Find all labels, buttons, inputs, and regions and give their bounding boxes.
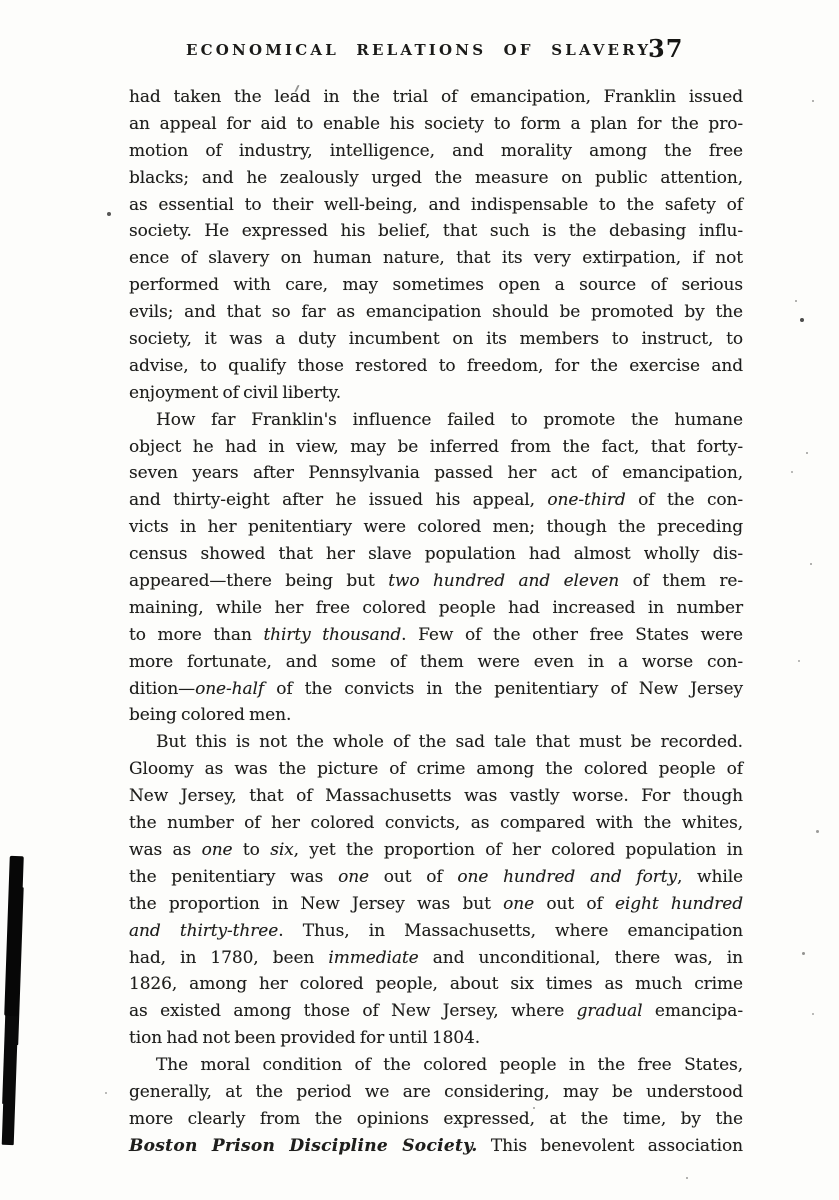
text-line: victs in her penitentiary were colored m… xyxy=(129,514,743,541)
text-line: society. He expressed his belief, that s… xyxy=(129,218,743,245)
text-line: Boston Prison Discipline Society. This b… xyxy=(129,1133,743,1160)
text-segment: the number of her colored convicts, as c… xyxy=(129,813,743,833)
text-segment: blacks; and he zealously urged the measu… xyxy=(129,168,743,188)
text-segment: , while xyxy=(677,867,743,887)
text-segment: object he had in view, may be inferred f… xyxy=(129,437,743,457)
text-segment: one-third xyxy=(547,490,625,510)
text-line: appeared—there being but two hundred and… xyxy=(129,568,743,595)
scan-speckle xyxy=(798,660,800,662)
text-line: advise, to qualify those restored to fre… xyxy=(129,353,743,380)
text-segment: one-half xyxy=(195,679,264,699)
text-line: the number of her colored convicts, as c… xyxy=(129,810,743,837)
text-line: census showed that her slave population … xyxy=(129,541,743,568)
text-line: But this is not the whole of the sad tal… xyxy=(129,729,743,756)
text-segment: motion of industry, intelligence, and mo… xyxy=(129,141,743,161)
running-head-title: ECONOMICAL RELATIONS OF SLAVERY. xyxy=(186,41,658,59)
text-segment: was as xyxy=(129,840,202,860)
text-line: the proportion in New Jersey was but one… xyxy=(129,891,743,918)
text-segment: . Thus, in Massachusetts, where emancipa… xyxy=(278,921,743,941)
text-segment: maining, while her free colored people h… xyxy=(129,598,743,618)
text-line: had taken the lead in the trial of emanc… xyxy=(129,84,743,111)
text-line: motion of industry, intelligence, and mo… xyxy=(129,138,743,165)
text-segment: eight hundred xyxy=(615,894,743,914)
text-line: dition—one-half of the convicts in the p… xyxy=(129,676,743,703)
scan-speckle xyxy=(105,1092,107,1094)
text-line: society, it was a duty incumbent on its … xyxy=(129,326,743,353)
scan-speckle xyxy=(812,1013,814,1015)
text-line: tion had not been provided for until 180… xyxy=(129,1025,743,1052)
text-segment: tion had not been provided for until 180… xyxy=(129,1028,480,1048)
text-segment: New Jersey, that of Massachusetts was va… xyxy=(129,786,743,806)
text-segment: the penitentiary was xyxy=(129,867,338,887)
text-line: as essential to their well-being, and in… xyxy=(129,192,743,219)
text-segment: society, it was a duty incumbent on its … xyxy=(129,329,743,349)
scan-speckle xyxy=(802,952,805,955)
text-line: the penitentiary was one out of one hund… xyxy=(129,864,743,891)
text-segment: advise, to qualify those restored to fre… xyxy=(129,356,743,376)
text-line: Gloomy as was the picture of crime among… xyxy=(129,756,743,783)
scan-speckle xyxy=(795,300,797,302)
text-segment: as essential to their well-being, and in… xyxy=(129,195,743,215)
text-segment: thirty thousand xyxy=(263,625,401,645)
text-segment: seven years after Pennsylvania passed he… xyxy=(129,463,743,483)
text-line: 1826, among her colored people, about si… xyxy=(129,971,743,998)
text-segment: and thirty-three xyxy=(129,921,278,941)
scan-speckle xyxy=(812,100,814,102)
text-segment: 1826, among her colored people, about si… xyxy=(129,974,743,994)
text-line: an appeal for aid to enable his society … xyxy=(129,111,743,138)
ink-blob-artifact xyxy=(4,856,24,1016)
text-segment: of the con- xyxy=(626,490,743,510)
scan-speckle xyxy=(686,1177,688,1179)
text-line: as existed among those of New Jersey, wh… xyxy=(129,998,743,1025)
text-segment: immediate xyxy=(328,948,418,968)
text-segment: census showed that her slave population … xyxy=(129,544,743,564)
scan-speckle xyxy=(470,1146,472,1148)
text-line: blacks; and he zealously urged the measu… xyxy=(129,165,743,192)
text-segment: . Few of the other free States were xyxy=(401,625,743,645)
text-segment: dition— xyxy=(129,679,195,699)
text-line: being colored men. xyxy=(129,702,743,729)
text-segment: as existed among those of New Jersey, wh… xyxy=(129,1001,577,1021)
text-line: ence of slavery on human nature, that it… xyxy=(129,245,743,272)
text-segment: had, in 1780, been xyxy=(129,948,328,968)
text-segment: , yet the proportion of her colored popu… xyxy=(294,840,743,860)
text-line: enjoyment of civil liberty. xyxy=(129,380,743,407)
text-segment: one hundred and forty xyxy=(457,867,677,887)
text-segment: evils; and that so far as emancipation s… xyxy=(129,302,743,322)
text-line: seven years after Pennsylvania passed he… xyxy=(129,460,743,487)
scan-speckle xyxy=(806,452,808,454)
text-line: generally, at the period we are consider… xyxy=(129,1079,743,1106)
scan-speckle xyxy=(816,830,819,833)
text-segment: Boston Prison Discipline Society. xyxy=(129,1136,478,1156)
text-segment: more clearly from the opinions expressed… xyxy=(129,1109,743,1129)
text-segment: Gloomy as was the picture of crime among… xyxy=(129,759,743,779)
text-segment: to xyxy=(233,840,271,860)
text-segment: to more than xyxy=(129,625,263,645)
text-line: more clearly from the opinions expressed… xyxy=(129,1106,743,1133)
text-segment: out of xyxy=(534,894,615,914)
text-line: and thirty-eight after he issued his app… xyxy=(129,487,743,514)
text-segment: performed with care, may sometimes open … xyxy=(129,275,743,295)
text-segment: and thirty-eight after he issued his app… xyxy=(129,490,547,510)
text-segment: out of xyxy=(369,867,457,887)
text-line: maining, while her free colored people h… xyxy=(129,595,743,622)
text-segment: emancipa- xyxy=(642,1001,743,1021)
scan-speckle xyxy=(533,1107,535,1109)
book-page: ECONOMICAL RELATIONS OF SLAVERY. 37 had … xyxy=(0,0,839,1200)
text-segment: two hundred and eleven xyxy=(388,571,619,591)
text-segment: one xyxy=(202,840,233,860)
text-line: was as one to six, yet the proportion of… xyxy=(129,837,743,864)
text-line: How far Franklin's influence failed to p… xyxy=(129,407,743,434)
text-segment: being colored men. xyxy=(129,705,291,725)
text-segment: victs in her penitentiary were colored m… xyxy=(129,517,743,537)
text-line: The moral condition of the colored peopl… xyxy=(129,1052,743,1079)
text-segment: gradual xyxy=(577,1001,643,1021)
text-line: evils; and that so far as emancipation s… xyxy=(129,299,743,326)
text-segment: one xyxy=(338,867,369,887)
text-line: and thirty-three. Thus, in Massachusetts… xyxy=(129,918,743,945)
scan-speckle xyxy=(810,563,812,565)
text-line: to more than thirty thousand. Few of the… xyxy=(129,622,743,649)
scan-speckle xyxy=(800,318,804,322)
text-segment: ence of slavery on human nature, that it… xyxy=(129,248,743,268)
text-line: performed with care, may sometimes open … xyxy=(129,272,743,299)
page-number: 37 xyxy=(648,34,683,63)
page-body: had taken the lead in the trial of emanc… xyxy=(129,84,743,1160)
text-line: more fortunate, and some of them were ev… xyxy=(129,649,743,676)
text-segment: six xyxy=(270,840,293,860)
text-line: had, in 1780, been immediate and uncondi… xyxy=(129,945,743,972)
text-segment: of the convicts in the penitentiary of N… xyxy=(264,679,743,699)
text-segment: enjoyment of civil liberty. xyxy=(129,383,341,403)
text-segment: appeared—there being but xyxy=(129,571,388,591)
text-segment: The moral condition of the colored peopl… xyxy=(156,1055,743,1075)
text-segment: society. He expressed his belief, that s… xyxy=(129,221,743,241)
scan-speckle xyxy=(791,471,793,473)
text-segment: How far Franklin's influence failed to p… xyxy=(156,410,743,430)
text-segment: one xyxy=(503,894,534,914)
text-segment: But this is not the whole of the sad tal… xyxy=(156,732,743,752)
text-segment: the proportion in New Jersey was but xyxy=(129,894,503,914)
text-line: New Jersey, that of Massachusetts was va… xyxy=(129,783,743,810)
text-segment: generally, at the period we are consider… xyxy=(129,1082,743,1102)
text-segment: more fortunate, and some of them were ev… xyxy=(129,652,743,672)
text-segment: and unconditional, there was, in xyxy=(419,948,743,968)
scan-speckle xyxy=(107,212,111,216)
text-segment: had taken the lead in the trial of emanc… xyxy=(129,87,743,107)
text-segment: This benevolent association xyxy=(478,1136,743,1156)
text-segment: of them re- xyxy=(619,571,743,591)
text-segment: an appeal for aid to enable his society … xyxy=(129,114,743,134)
text-line: object he had in view, may be inferred f… xyxy=(129,434,743,461)
